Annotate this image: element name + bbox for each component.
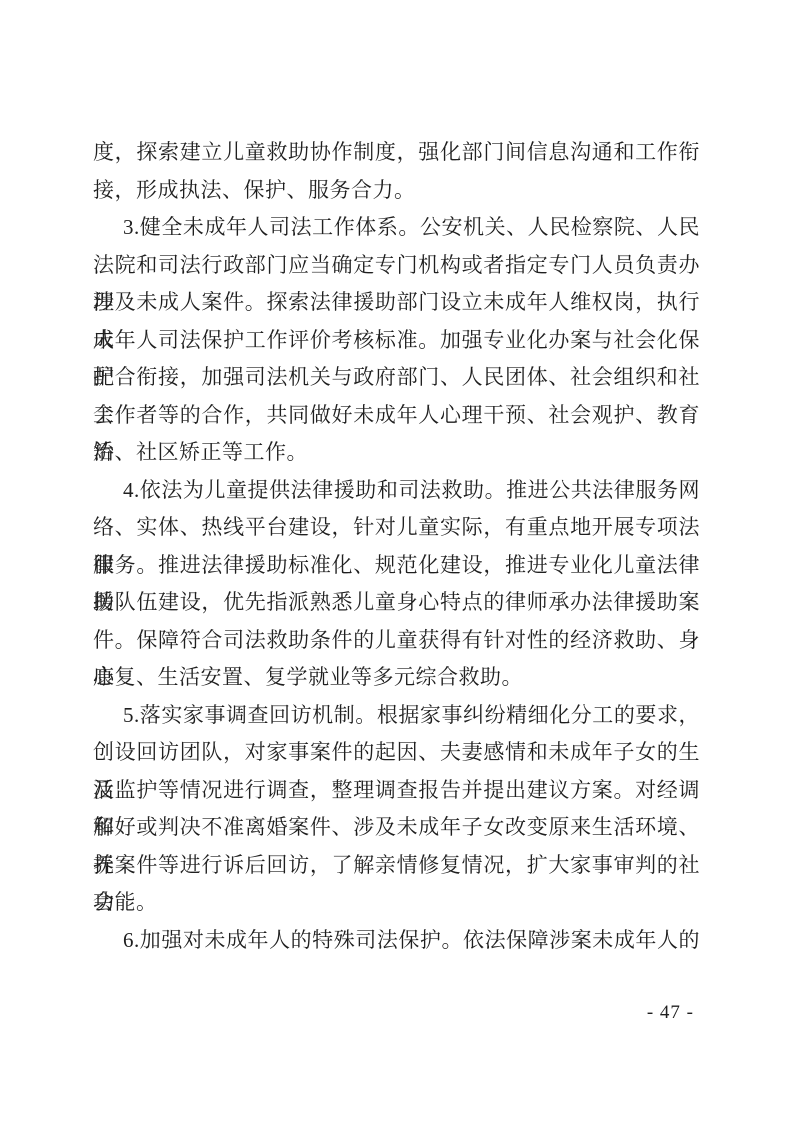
text-line: 接，形成执法、保护、服务合力。 — [93, 172, 700, 210]
text-line: 4.依法为儿童提供法律援助和司法救助。推进公共法律服务网 — [93, 472, 700, 510]
text-line: 功能。 — [93, 884, 700, 922]
text-line: 度，探索建立儿童救助协作制度，强化部门间信息沟通和工作衔 — [93, 134, 700, 172]
text-line: 助队伍建设，优先指派熟悉儿童身心特点的律师承办法律援助案 — [93, 584, 700, 622]
text-line: 涉及未成人案件。探索法律援助部门设立未成年人维权岗，执行未 — [93, 284, 700, 322]
text-line: 5.落实家事调查回访机制。根据家事纠纷精细化分工的要求， — [93, 697, 700, 735]
page-number: - 47 - — [647, 1002, 694, 1024]
text-line: 工作者等的合作，共同做好未成年人心理干预、社会观护、教育矫 — [93, 397, 700, 435]
text-line: 服务。推进法律援助标准化、规范化建设，推进专业化儿童法律援 — [93, 547, 700, 585]
text-line: 及监护等情况进行调查，整理调查报告并提出建议方案。对经调解 — [93, 772, 700, 810]
text-line: 成年人司法保护工作评价考核标准。加强专业化办案与社会化保护 — [93, 322, 700, 360]
text-line: 络、实体、热线平台建设，针对儿童实际，有重点地开展专项法律 — [93, 509, 700, 547]
text-line: 3.健全未成年人司法工作体系。公安机关、人民检察院、人民 — [93, 209, 700, 247]
text-line: 法院和司法行政部门应当确定专门机构或者指定专门人员负责办理 — [93, 247, 700, 285]
text-line: 养案件等进行诉后回访，了解亲情修复情况，扩大家事审判的社会 — [93, 847, 700, 885]
document-page: 度，探索建立儿童救助协作制度，强化部门间信息沟通和工作衔接，形成执法、保护、服务… — [0, 0, 794, 1122]
text-line: 和好或判决不准离婚案件、涉及未成年子女改变原来生活环境、抚 — [93, 809, 700, 847]
text-line: 6.加强对未成年人的特殊司法保护。依法保障涉案未成年人的 — [93, 922, 700, 960]
text-line: 康复、生活安置、复学就业等多元综合救助。 — [93, 659, 700, 697]
text-line: 创设回访团队，对家事案件的起因、夫妻感情和未成年子女的生活 — [93, 734, 700, 772]
text-line: 件。保障符合司法救助条件的儿童获得有针对性的经济救助、身心 — [93, 622, 700, 660]
text-line: 治、社区矫正等工作。 — [93, 434, 700, 472]
document-lines: 度，探索建立儿童救助协作制度，强化部门间信息沟通和工作衔接，形成执法、保护、服务… — [93, 134, 700, 959]
text-line: 配合衔接，加强司法机关与政府部门、人民团体、社会组织和社会 — [93, 359, 700, 397]
